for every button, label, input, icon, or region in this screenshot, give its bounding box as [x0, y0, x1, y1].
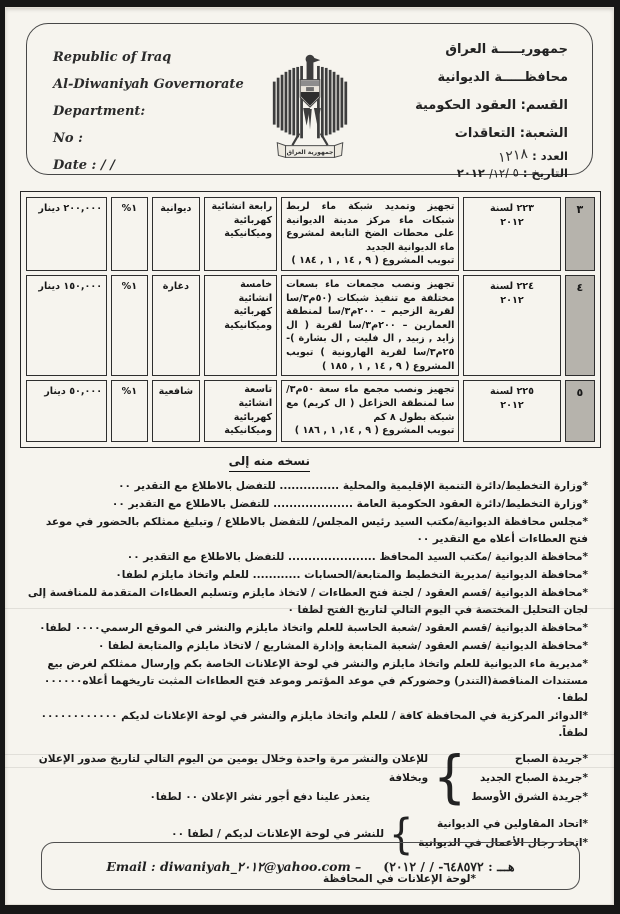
section-line-ar: الشعبة: التعاقدات [415, 120, 568, 148]
date-handwritten-day-month: ٥ /١٢/ [488, 164, 519, 183]
copy-line: *وزارة التخطيط/دائرة العقود الحكومية الع… [25, 496, 588, 513]
copy-line: *محافظة الديوانية /مديرية التخطيط والمتا… [25, 567, 588, 584]
newspapers-names: *جريدة الصباح *جريدة الصباح الجديد *جريد… [471, 750, 588, 807]
tenders-table-frame: ٣ ٢٢٣ لسنة ٢٠١٢ تجهيز وتمديد شبكة ماء لر… [20, 191, 601, 448]
distribution-section: نسخه منه إلى *وزارة التخطيط/دائرة التنمي… [25, 453, 588, 888]
newspaper-item: *جريدة الشرق الأوسط [471, 788, 588, 807]
department-label-en: Department: [53, 98, 244, 125]
document-price-cell: ١٥٠,٠٠٠ دينار [26, 275, 107, 376]
date-printed-year: ٢٠١٢ [457, 166, 485, 180]
letterhead-box: Republic of Iraq Al-Diwaniyah Governorat… [26, 23, 593, 175]
document-price-cell: ٢٠٠,٠٠٠ دينار [26, 197, 107, 271]
unions-note: للنشر في لوحة الإعلانات لديكم / لطفا ٠٠ [25, 825, 384, 844]
classification-cell: رابعة انشائية كهربائية وميكانيكية [204, 197, 277, 271]
district-cell: دغارة [152, 275, 201, 376]
scan-artifact-line [5, 767, 614, 768]
newspapers-note: للإعلان والنشر مرة واحدة وخلال يومين من … [25, 750, 428, 807]
date-label-ar: التاريخ : [523, 166, 568, 180]
country-name-ar: جمهوريـــــة العراق [415, 36, 568, 64]
table-row: ٣ ٢٢٣ لسنة ٢٠١٢ تجهيز وتمديد شبكة ماء لر… [26, 197, 595, 271]
tender-number-cell: ٢٢٤ لسنة ٢٠١٢ [463, 275, 560, 376]
row-index-cell: ٥ [565, 380, 595, 442]
row-index-cell: ٤ [565, 275, 595, 376]
classification-cell: خامسة انشائية كهربائية وميكانيكية [204, 275, 277, 376]
union-item: *اتحاد المقاولين في الديوانية [418, 815, 588, 834]
deposit-percent-cell: ١% [111, 275, 147, 376]
copy-line: *محافظة الديوانية /قسم العقود / لجنة فتح… [25, 585, 588, 619]
copy-line: *مديرية ماء الديوانية للعلم واتخاذ مايلز… [25, 656, 588, 707]
district-cell: ديوانية [152, 197, 201, 271]
contact-footer-box: Email : diwaniyah_٢٠١٢@yahoo.com – هـــ … [41, 842, 580, 890]
copy-line: *محافظة الديوانية /مكتب السيد المحافظ ..… [25, 549, 588, 566]
tender-description-cell: تجهيز ونصب مجمع ماء سعة ٥٠م٣/سا لمنطقة ا… [281, 380, 459, 442]
country-name-en: Republic of Iraq [53, 44, 244, 71]
scan-artifact-line [5, 754, 614, 755]
table-row: ٤ ٢٢٤ لسنة ٢٠١٢ تجهيز ونصب مجمعات ماء بس… [26, 275, 595, 376]
newspapers-note-line: يتعذر علينا دفع أجور نشر الإعلان ٠٠ لطفا… [25, 788, 428, 807]
letterhead-arabic: جمهوريـــــة العراق محافظـــــة الديواني… [415, 36, 568, 182]
email-text: Email : diwaniyah_٢٠١٢@yahoo.com – [106, 859, 361, 874]
tenders-table: ٣ ٢٢٣ لسنة ٢٠١٢ تجهيز وتمديد شبكة ماء لر… [22, 193, 599, 446]
date-label-en: Date : / / [53, 152, 244, 179]
letterhead-english: Republic of Iraq Al-Diwaniyah Governorat… [53, 44, 244, 179]
governorate-name-en: Al-Diwaniyah Governorate [53, 71, 244, 98]
governorate-name-ar: محافظـــــة الديوانية [415, 64, 568, 92]
tender-number-cell: ٢٢٥ لسنة ٢٠١٢ [463, 380, 560, 442]
row-index-cell: ٣ [565, 197, 595, 271]
document-date-line: التاريخ : ٥ /١٢/ ٢٠١٢ [415, 165, 568, 182]
deposit-percent-cell: ١% [111, 380, 147, 442]
copy-line: *محافظة الديوانية /قسم العقود /شعبة المت… [25, 638, 588, 655]
number-label-ar: العدد : [532, 149, 568, 163]
department-line-ar: القسم: العقود الحكومية [415, 92, 568, 120]
newspaper-item: *جريدة الصباح الجديد [471, 769, 588, 788]
tender-description-cell: تجهيز ونصب مجمعات ماء بسعات مختلفة مع تن… [281, 275, 459, 376]
copies-title: نسخه منه إلى [229, 453, 310, 472]
tender-number-cell: ٢٢٣ لسنة ٢٠١٢ [463, 197, 560, 271]
classification-cell: تاسعة انشائية كهربائية وميكانيكية [204, 380, 277, 442]
iraq-coat-of-arms-icon: جمهورية العراق [266, 50, 354, 170]
scan-artifact-line [5, 608, 614, 609]
scanned-document-page: Republic of Iraq Al-Diwaniyah Governorat… [0, 0, 620, 914]
emblem-banner-text: جمهورية العراق [286, 149, 333, 156]
document-number-line: العدد : ١٢١٨ [415, 148, 568, 165]
group-brace-icon: { [433, 753, 466, 804]
tender-description-cell: تجهيز وتمديد شبكة ماء لربط شبكات ماء مرك… [281, 197, 459, 271]
copy-line: *الدوائر المركزية في المحافظة كافة / للع… [25, 708, 588, 742]
district-cell: شافعية [152, 380, 201, 442]
newspapers-group: *جريدة الصباح *جريدة الصباح الجديد *جريد… [25, 750, 588, 807]
document-price-cell: ٥٠,٠٠٠ دينار [26, 380, 107, 442]
copy-line: *مجلس محافظة الديوانية/مكتب السيد رئيس ا… [25, 514, 588, 548]
newspapers-note-line: للإعلان والنشر مرة واحدة وخلال يومين من … [25, 750, 428, 788]
deposit-percent-cell: ١% [111, 197, 147, 271]
number-label-en: No : [53, 125, 244, 152]
copy-line: *وزارة التخطيط/دائرة التنمية الإقليمية و… [25, 478, 588, 495]
copy-line: *محافظة الديوانية /قسم العقود /شعبة الحا… [25, 620, 588, 637]
table-row: ٥ ٢٢٥ لسنة ٢٠١٢ تجهيز ونصب مجمع ماء سعة … [26, 380, 595, 442]
phone-text: هـــ : ٦٤٨٥٧٢- / / ٢٠١٢) [383, 859, 514, 874]
